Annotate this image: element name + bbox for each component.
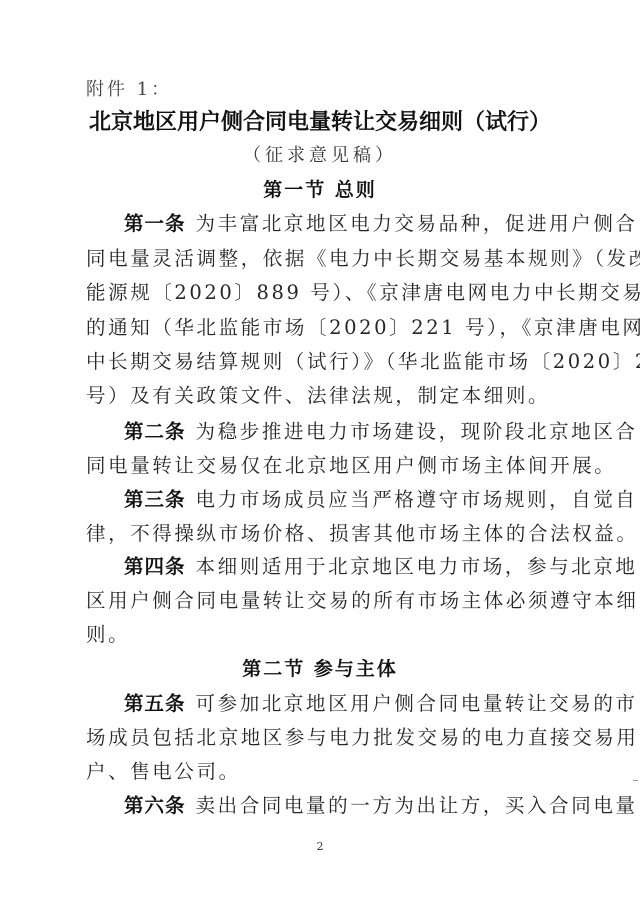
article-text: 电力市场成员应当严格遵守市场规则，自觉自 xyxy=(196,488,638,511)
article-label: 第一条 xyxy=(124,212,186,235)
article-1-line-2: 同电量灵活调整，依据《电力中长期交易基本规则》（发改 xyxy=(86,243,640,271)
article-text: 可参加北京地区用户侧合同电量转让交易的市 xyxy=(196,692,638,715)
article-2-line-2: 同电量转让交易仅在北京地区用户侧市场主体间开展。 xyxy=(86,450,616,478)
article-3-line-2: 律，不得操纵市场价格、损害其他市场主体的合法权益。 xyxy=(86,518,639,546)
document-title: 北京地区用户侧合同电量转让交易细则（试行） xyxy=(0,105,640,136)
article-5-line-2: 场成员包括北京地区参与电力批发交易的电力直接交易用 xyxy=(86,722,639,750)
article-3-line-1: 第三条电力市场成员应当严格遵守市场规则，自觉自 xyxy=(124,484,638,512)
article-label: 第六条 xyxy=(124,794,186,817)
article-text: 本细则适用于北京地区电力市场，参与北京地 xyxy=(196,555,638,578)
article-label: 第五条 xyxy=(124,692,186,715)
article-text: 为稳步推进电力市场建设，现阶段北京地区合 xyxy=(196,420,638,443)
article-text: 卖出合同电量的一方为出让方，买入合同电量 xyxy=(196,794,638,817)
article-4-line-1: 第四条本细则适用于北京地区电力市场，参与北京地 xyxy=(124,551,638,579)
article-1-line-6: 号）及有关政策文件、法律法规，制定本细则。 xyxy=(86,380,550,408)
margin-mark xyxy=(633,780,638,781)
article-4-line-3: 则。 xyxy=(86,619,130,647)
attachment-label: 附件 1： xyxy=(86,75,172,101)
article-label: 第四条 xyxy=(124,555,186,578)
section-heading-2: 第二节 参与主体 xyxy=(0,654,640,681)
page-number: 2 xyxy=(0,840,640,853)
article-1-line-4: 的通知（华北监能市场〔2020〕221 号），《京津唐电网电力 xyxy=(86,312,640,340)
article-4-line-2: 区用户侧合同电量转让交易的所有市场主体必须遵守本细 xyxy=(86,585,639,613)
article-1-line-3: 能源规〔2020〕889 号）、《京津唐电网电力中长期交易规则》 xyxy=(86,277,640,305)
article-6-line-1: 第六条卖出合同电量的一方为出让方，买入合同电量 xyxy=(124,790,638,818)
article-1-line-5: 中长期交易结算规则（试行）》（华北监能市场〔2020〕250 xyxy=(86,346,640,374)
article-label: 第三条 xyxy=(124,488,186,511)
document-subtitle: （征求意见稿） xyxy=(0,141,640,167)
article-2-line-1: 第二条为稳步推进电力市场建设，现阶段北京地区合 xyxy=(124,416,638,444)
article-5-line-3: 户、售电公司。 xyxy=(86,756,241,784)
article-text: 为丰富北京地区电力交易品种，促进用户侧合 xyxy=(196,212,638,235)
section-heading-1: 第一节 总则 xyxy=(0,175,640,202)
article-5-line-1: 第五条可参加北京地区用户侧合同电量转让交易的市 xyxy=(124,688,638,716)
article-1-line-1: 第一条为丰富北京地区电力交易品种，促进用户侧合 xyxy=(124,208,638,236)
article-label: 第二条 xyxy=(124,420,186,443)
